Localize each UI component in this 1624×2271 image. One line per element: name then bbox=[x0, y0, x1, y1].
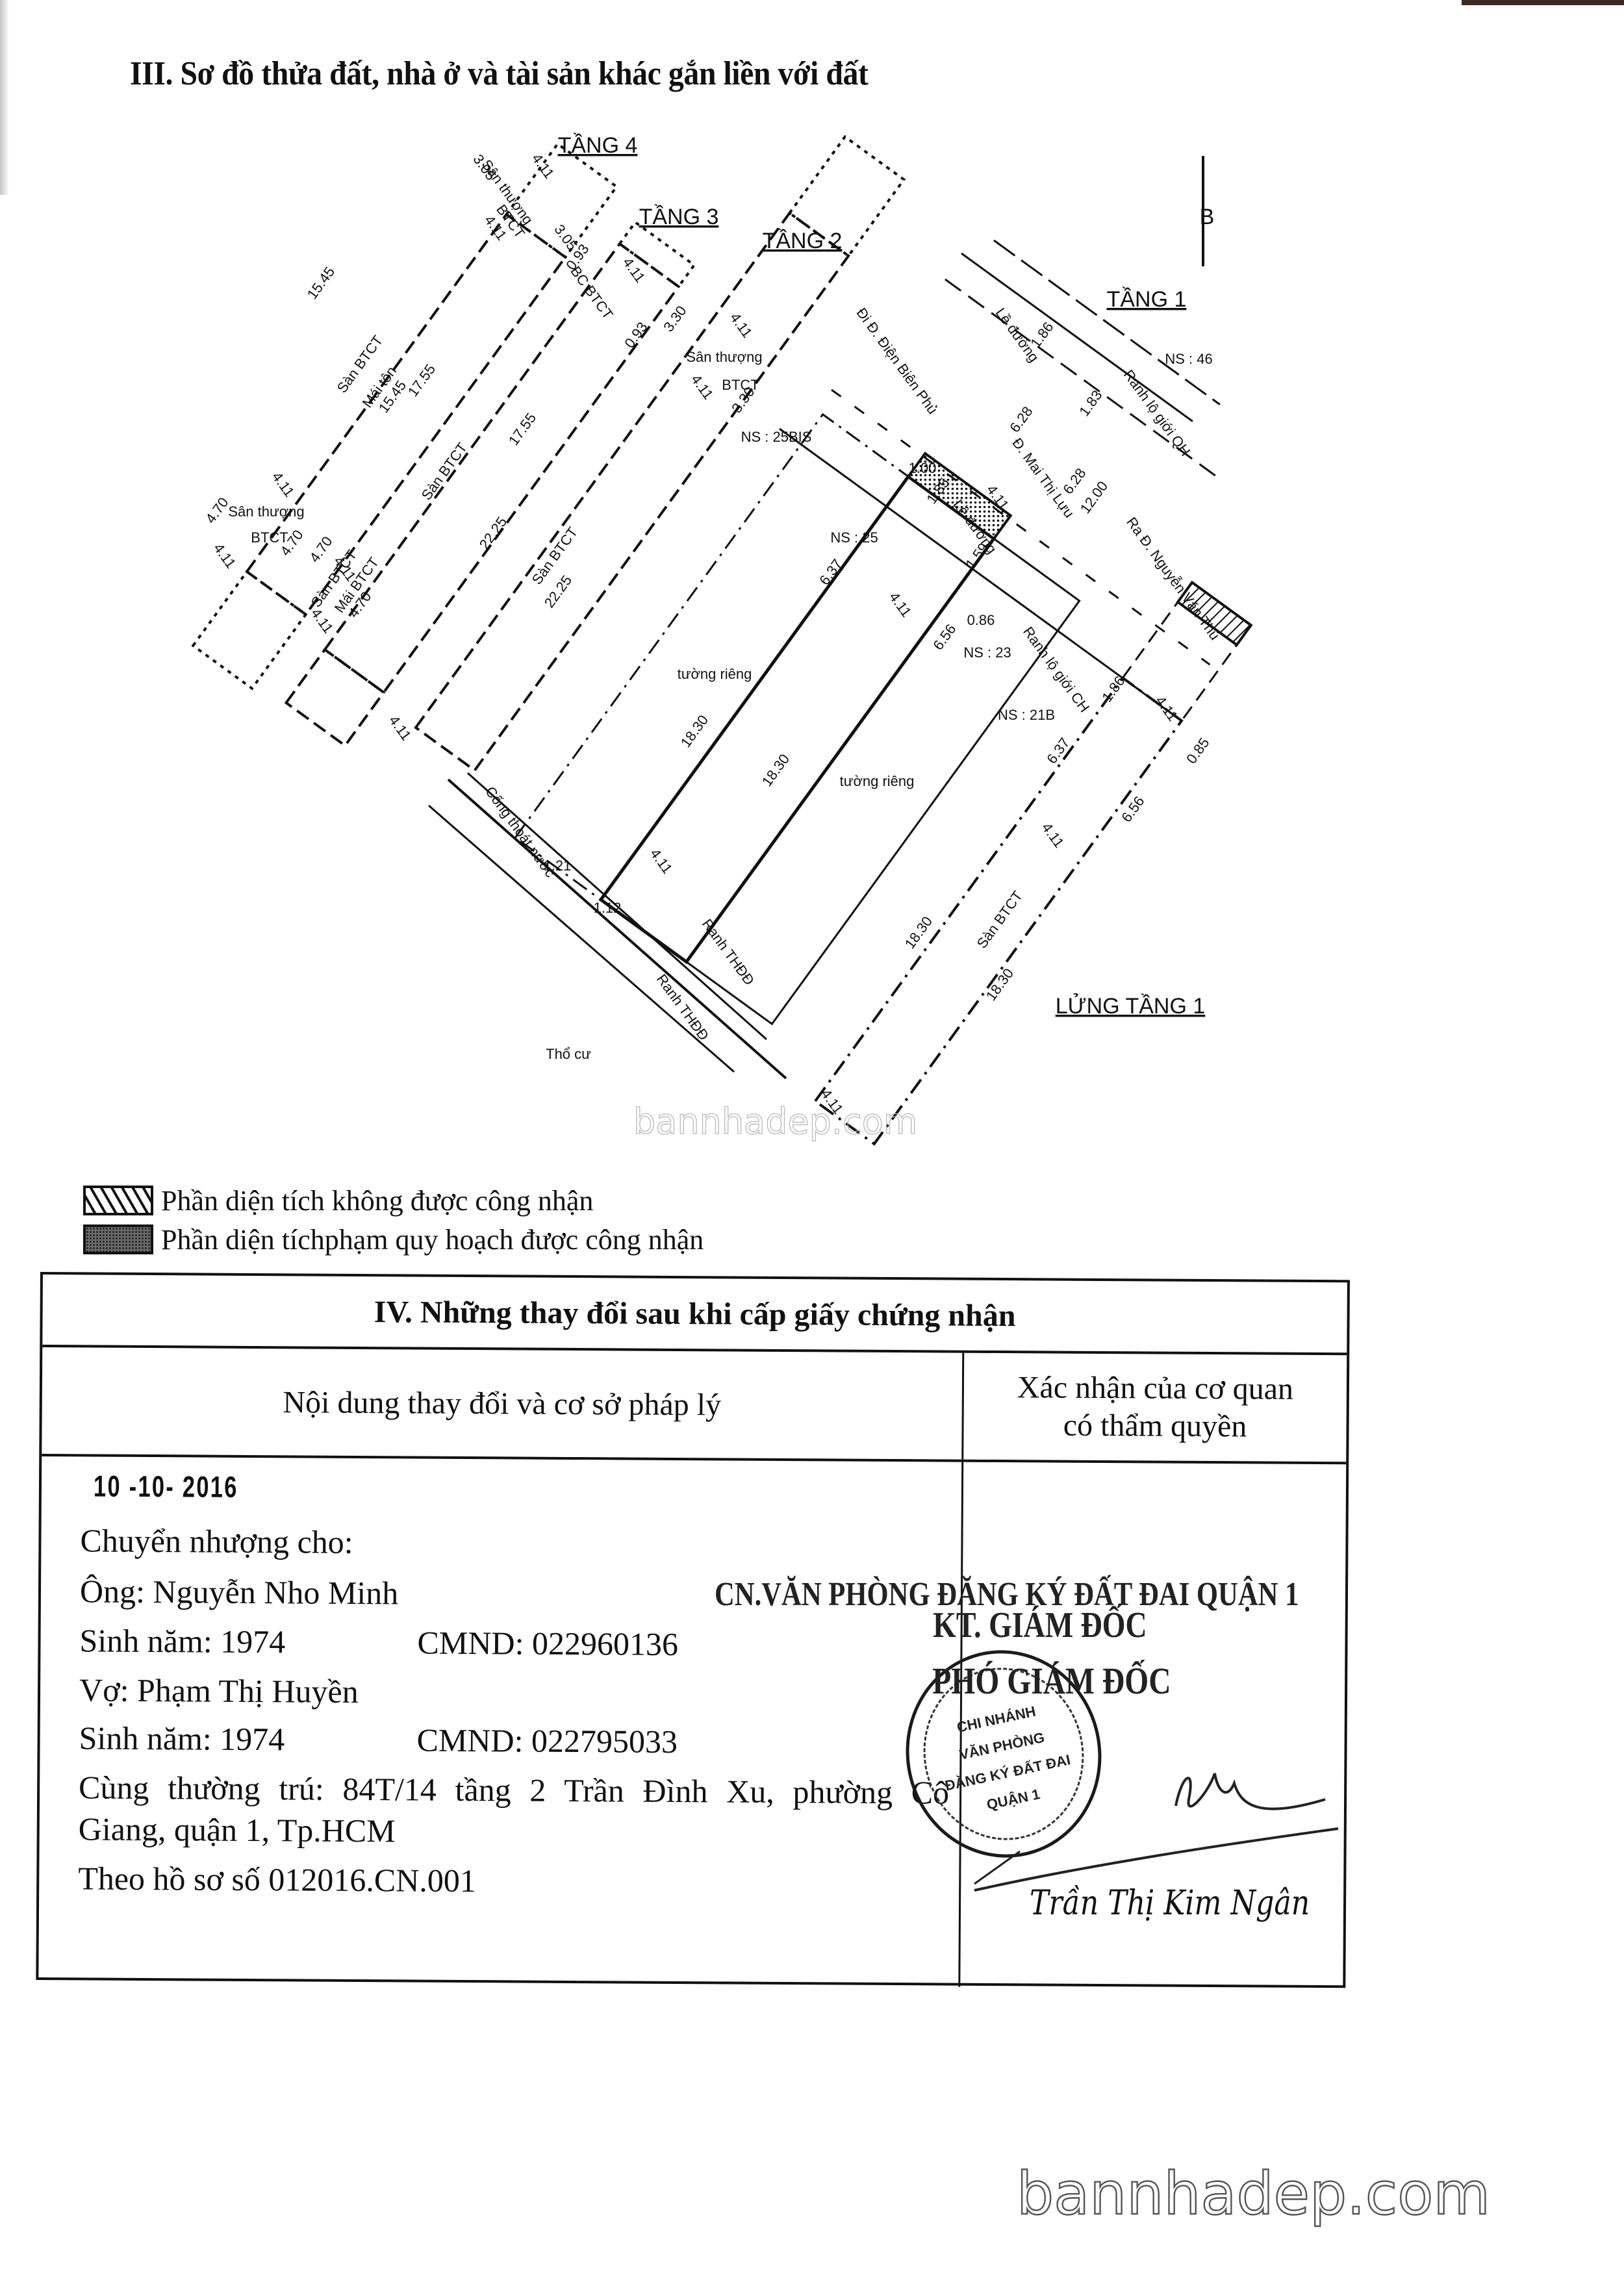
entry-date-stamp: 10 -10- 2016 bbox=[94, 1469, 238, 1504]
wife-birth-row: Sinh năm: 1974 CMND: 022795033 bbox=[79, 1719, 285, 1758]
floor-1-label: TẦNG 1 bbox=[1107, 287, 1187, 312]
file-number: Theo hồ sơ số 012016.CN.001 bbox=[78, 1859, 476, 1899]
legend-label: Phần diện tích không được công nhận bbox=[161, 1184, 593, 1217]
road-name-label: Ra Đ. Nguyễn Văn Thủ bbox=[1123, 514, 1223, 642]
dimension-label: 4.11 bbox=[269, 469, 298, 500]
road-name-label: Đi Đ. Điện Biên Phủ bbox=[853, 305, 941, 417]
wife-birth-year: Sinh năm: 1974 bbox=[79, 1719, 285, 1757]
dimension-label: 6.28 bbox=[1006, 403, 1035, 435]
dimension-label: 0.85 bbox=[1183, 735, 1212, 767]
husband-id-number: CMND: 022960136 bbox=[417, 1624, 678, 1663]
residential-land-label: Thổ cư bbox=[546, 1046, 591, 1062]
transfer-label: Chuyển nhượng cho: bbox=[80, 1521, 353, 1561]
header-confirmation-column: Xác nhận của cơ quan có thẩm quyền bbox=[963, 1353, 1347, 1462]
dimension-label: 17.55 bbox=[505, 410, 540, 448]
deputy-director-stamp: PHÓ GIÁM ĐỐC bbox=[932, 1659, 1171, 1703]
dimension-label: 1.12 bbox=[594, 900, 622, 916]
legend-item-not-recognized: Phần diện tích không được công nhận bbox=[83, 1181, 704, 1220]
dimension-label: 0.93 bbox=[621, 319, 650, 351]
dimension-label: 4.11 bbox=[727, 310, 755, 341]
watermark: bannhadep.com bbox=[633, 1101, 917, 1142]
legend: Phần diện tích không được công nhận Phần… bbox=[83, 1181, 704, 1259]
terrace-label: Sân thượng bbox=[228, 503, 304, 520]
private-wall-label: tường riêng bbox=[678, 666, 752, 682]
dimension-label: 0.86 bbox=[967, 612, 995, 628]
dotted-swatch-icon bbox=[83, 1224, 153, 1254]
dimension-label: 17.55 bbox=[405, 361, 439, 400]
legend-item-planning-violation: Phần diện tíchphạm quy hoạch được công n… bbox=[83, 1220, 704, 1259]
dimension-label: 4.11 bbox=[1152, 693, 1181, 724]
dimension-label: 18.30 bbox=[983, 965, 1017, 1004]
husband-birth-year: Sinh năm: 1974 bbox=[79, 1622, 285, 1660]
dimension-label: 1.83 bbox=[1076, 387, 1105, 419]
dimension-label: 1.00 bbox=[909, 460, 937, 476]
dimension-label: 18.30 bbox=[759, 751, 793, 789]
table-header: Nội dung thay đổi và cơ sở pháp lý Xác n… bbox=[42, 1347, 1347, 1464]
address-line-1: Cùng thường trú: 84T/14 tầng 2 Trần Đình… bbox=[79, 1768, 949, 1811]
change-content-cell: 10 -10- 2016 Chuyển nhượng cho: Ông: Ngu… bbox=[38, 1456, 963, 1987]
floor-slab-label: Sàn BTCT bbox=[974, 888, 1026, 952]
dimension-label: 4.70 bbox=[306, 533, 335, 565]
hatch-swatch-icon bbox=[83, 1186, 153, 1215]
dimension-label: 3.30 bbox=[660, 303, 689, 335]
wife-name: Vợ: Phạm Thị Huyền bbox=[79, 1671, 359, 1710]
dimension-label: 4.11 bbox=[886, 589, 915, 620]
dimension-label: 18.30 bbox=[902, 913, 936, 952]
section-4-title: IV. Những thay đổi sau khi cấp giấy chứn… bbox=[42, 1275, 1347, 1355]
dimension-label: 4.11 bbox=[620, 255, 648, 286]
husband-birth-row: Sinh năm: 1974 CMND: 022960136 bbox=[79, 1621, 285, 1660]
dimension-label: 4.11 bbox=[647, 846, 676, 877]
dimension-label: 4.11 bbox=[688, 372, 717, 403]
dimension-label: 4.11 bbox=[386, 713, 414, 744]
boundary-label: Ranh lộ giới CH bbox=[1020, 624, 1093, 715]
header-confirmation-line2: có thẩm quyền bbox=[1017, 1406, 1293, 1446]
neighbour-house-number: NS : 25BIS bbox=[741, 429, 812, 445]
site-plan-drawing: TẦNG 4TẦNG 3TẦNG 2TẦNG 1LỬNG TẦNG 1BSàn … bbox=[0, 0, 1624, 1182]
mezzanine-1-label: LỬNG TẦNG 1 bbox=[1056, 994, 1206, 1019]
dimension-label: 6.37 bbox=[816, 556, 845, 588]
house-number: NS : 25 bbox=[830, 529, 878, 546]
floor-slab-label: Sàn BTCT bbox=[529, 524, 581, 588]
dimension-label: 4.11 bbox=[308, 605, 336, 637]
dimension-label: 22.25 bbox=[476, 514, 511, 552]
header-content-column: Nội dung thay đổi và cơ sở pháp lý bbox=[42, 1347, 964, 1460]
north-arrow-icon: B bbox=[1200, 205, 1215, 229]
floor-2-label: TẦNG 2 bbox=[763, 229, 843, 253]
husband-name: Ông: Nguyễn Nho Minh bbox=[80, 1572, 399, 1612]
watermark-bottom: bannhadep.com bbox=[1017, 2160, 1490, 2228]
dimension-label: 6.56 bbox=[1118, 793, 1147, 825]
signer-name: Trần Thị Kim Ngân bbox=[1030, 1884, 1310, 1923]
dimension-label: 1.21 bbox=[544, 857, 572, 874]
floor-4-label: TẦNG 4 bbox=[558, 133, 638, 158]
private-wall-label: tường riêng bbox=[840, 773, 915, 789]
dimension-label: 4.11 bbox=[210, 540, 239, 572]
address-line-2: Giang, quận 1, Tp.HCM bbox=[79, 1810, 396, 1849]
neighbour-house-number: NS : 46 bbox=[1165, 351, 1212, 367]
dimension-label: 6.56 bbox=[930, 621, 959, 653]
header-confirmation-line1: Xác nhận của cơ quan bbox=[1017, 1369, 1294, 1408]
legend-label: Phần diện tíchphạm quy hoạch được công n… bbox=[161, 1223, 704, 1256]
neighbour-house-number: NS : 21B bbox=[998, 707, 1055, 723]
floor-3-label: TẦNG 3 bbox=[639, 205, 719, 229]
wife-id-number: CMND: 022795033 bbox=[416, 1721, 678, 1760]
neighbour-house-number: NS : 23 bbox=[963, 644, 1011, 661]
dimension-label: 4.11 bbox=[1039, 820, 1067, 851]
dimension-label: 15.45 bbox=[304, 264, 338, 302]
dimension-label: 18.30 bbox=[678, 712, 712, 750]
terrace-label: Sân thượng bbox=[686, 349, 762, 365]
on-behalf-director-stamp: KT. GIÁM ĐỐC bbox=[933, 1605, 1147, 1646]
dimension-label: 4.70 bbox=[202, 494, 231, 526]
